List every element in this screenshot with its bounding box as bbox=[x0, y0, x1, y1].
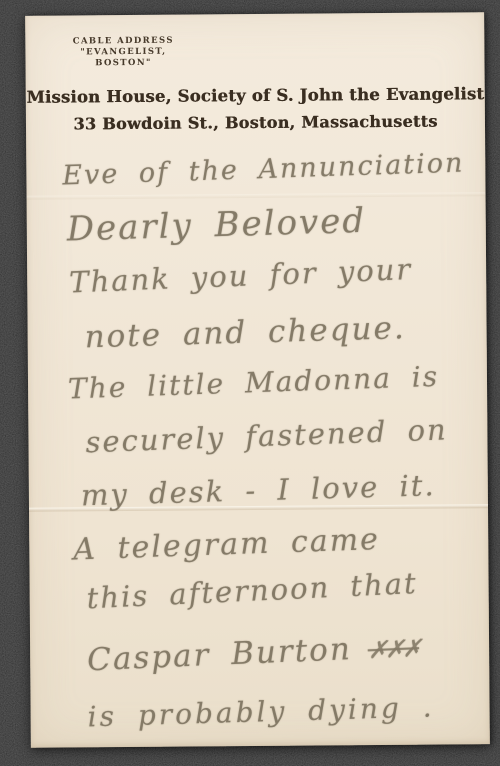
handwriting-line-11: is probably dying . bbox=[87, 690, 435, 733]
handwriting-line-10: Caspar Burton✗✗✗ bbox=[86, 628, 419, 678]
cable-address-label: CABLE ADDRESS bbox=[55, 36, 191, 48]
handwriting-line-5: The little Madonna is bbox=[68, 360, 440, 406]
organization-address: 33 Bowdoin St., Boston, Massachusetts bbox=[26, 111, 485, 134]
cable-address-value: "EVANGELIST, BOSTON" bbox=[55, 47, 191, 70]
letter-paper: CABLE ADDRESS "EVANGELIST, BOSTON" Missi… bbox=[25, 12, 490, 748]
handwriting-line-2: Dearly Beloved bbox=[66, 201, 366, 250]
handwriting-line-6: securely fastened on bbox=[85, 412, 448, 459]
handwriting-line-4: note and cheque. bbox=[84, 310, 406, 355]
paper-fold-crease-upper bbox=[27, 192, 486, 200]
cable-address-block: CABLE ADDRESS "EVANGELIST, BOSTON" bbox=[55, 36, 191, 70]
scanned-letter-photo: CABLE ADDRESS "EVANGELIST, BOSTON" Missi… bbox=[0, 0, 500, 766]
handwriting-line-10-text: Caspar Burton bbox=[86, 631, 352, 678]
handwriting-line-3: Thank you for your bbox=[69, 252, 413, 299]
letterhead-heading: Mission House, Society of S. John the Ev… bbox=[26, 84, 485, 134]
handwriting-line-7: my desk - I love it. bbox=[80, 468, 436, 512]
organization-name: Mission House, Society of S. John the Ev… bbox=[26, 84, 485, 107]
crossed-out-scribble: ✗✗✗ bbox=[367, 634, 419, 664]
handwriting-line-1: Eve of the Annunciation bbox=[62, 148, 465, 192]
handwriting-line-9: this afternoon that bbox=[86, 566, 418, 615]
handwriting-line-8: A telegram came bbox=[73, 522, 381, 567]
